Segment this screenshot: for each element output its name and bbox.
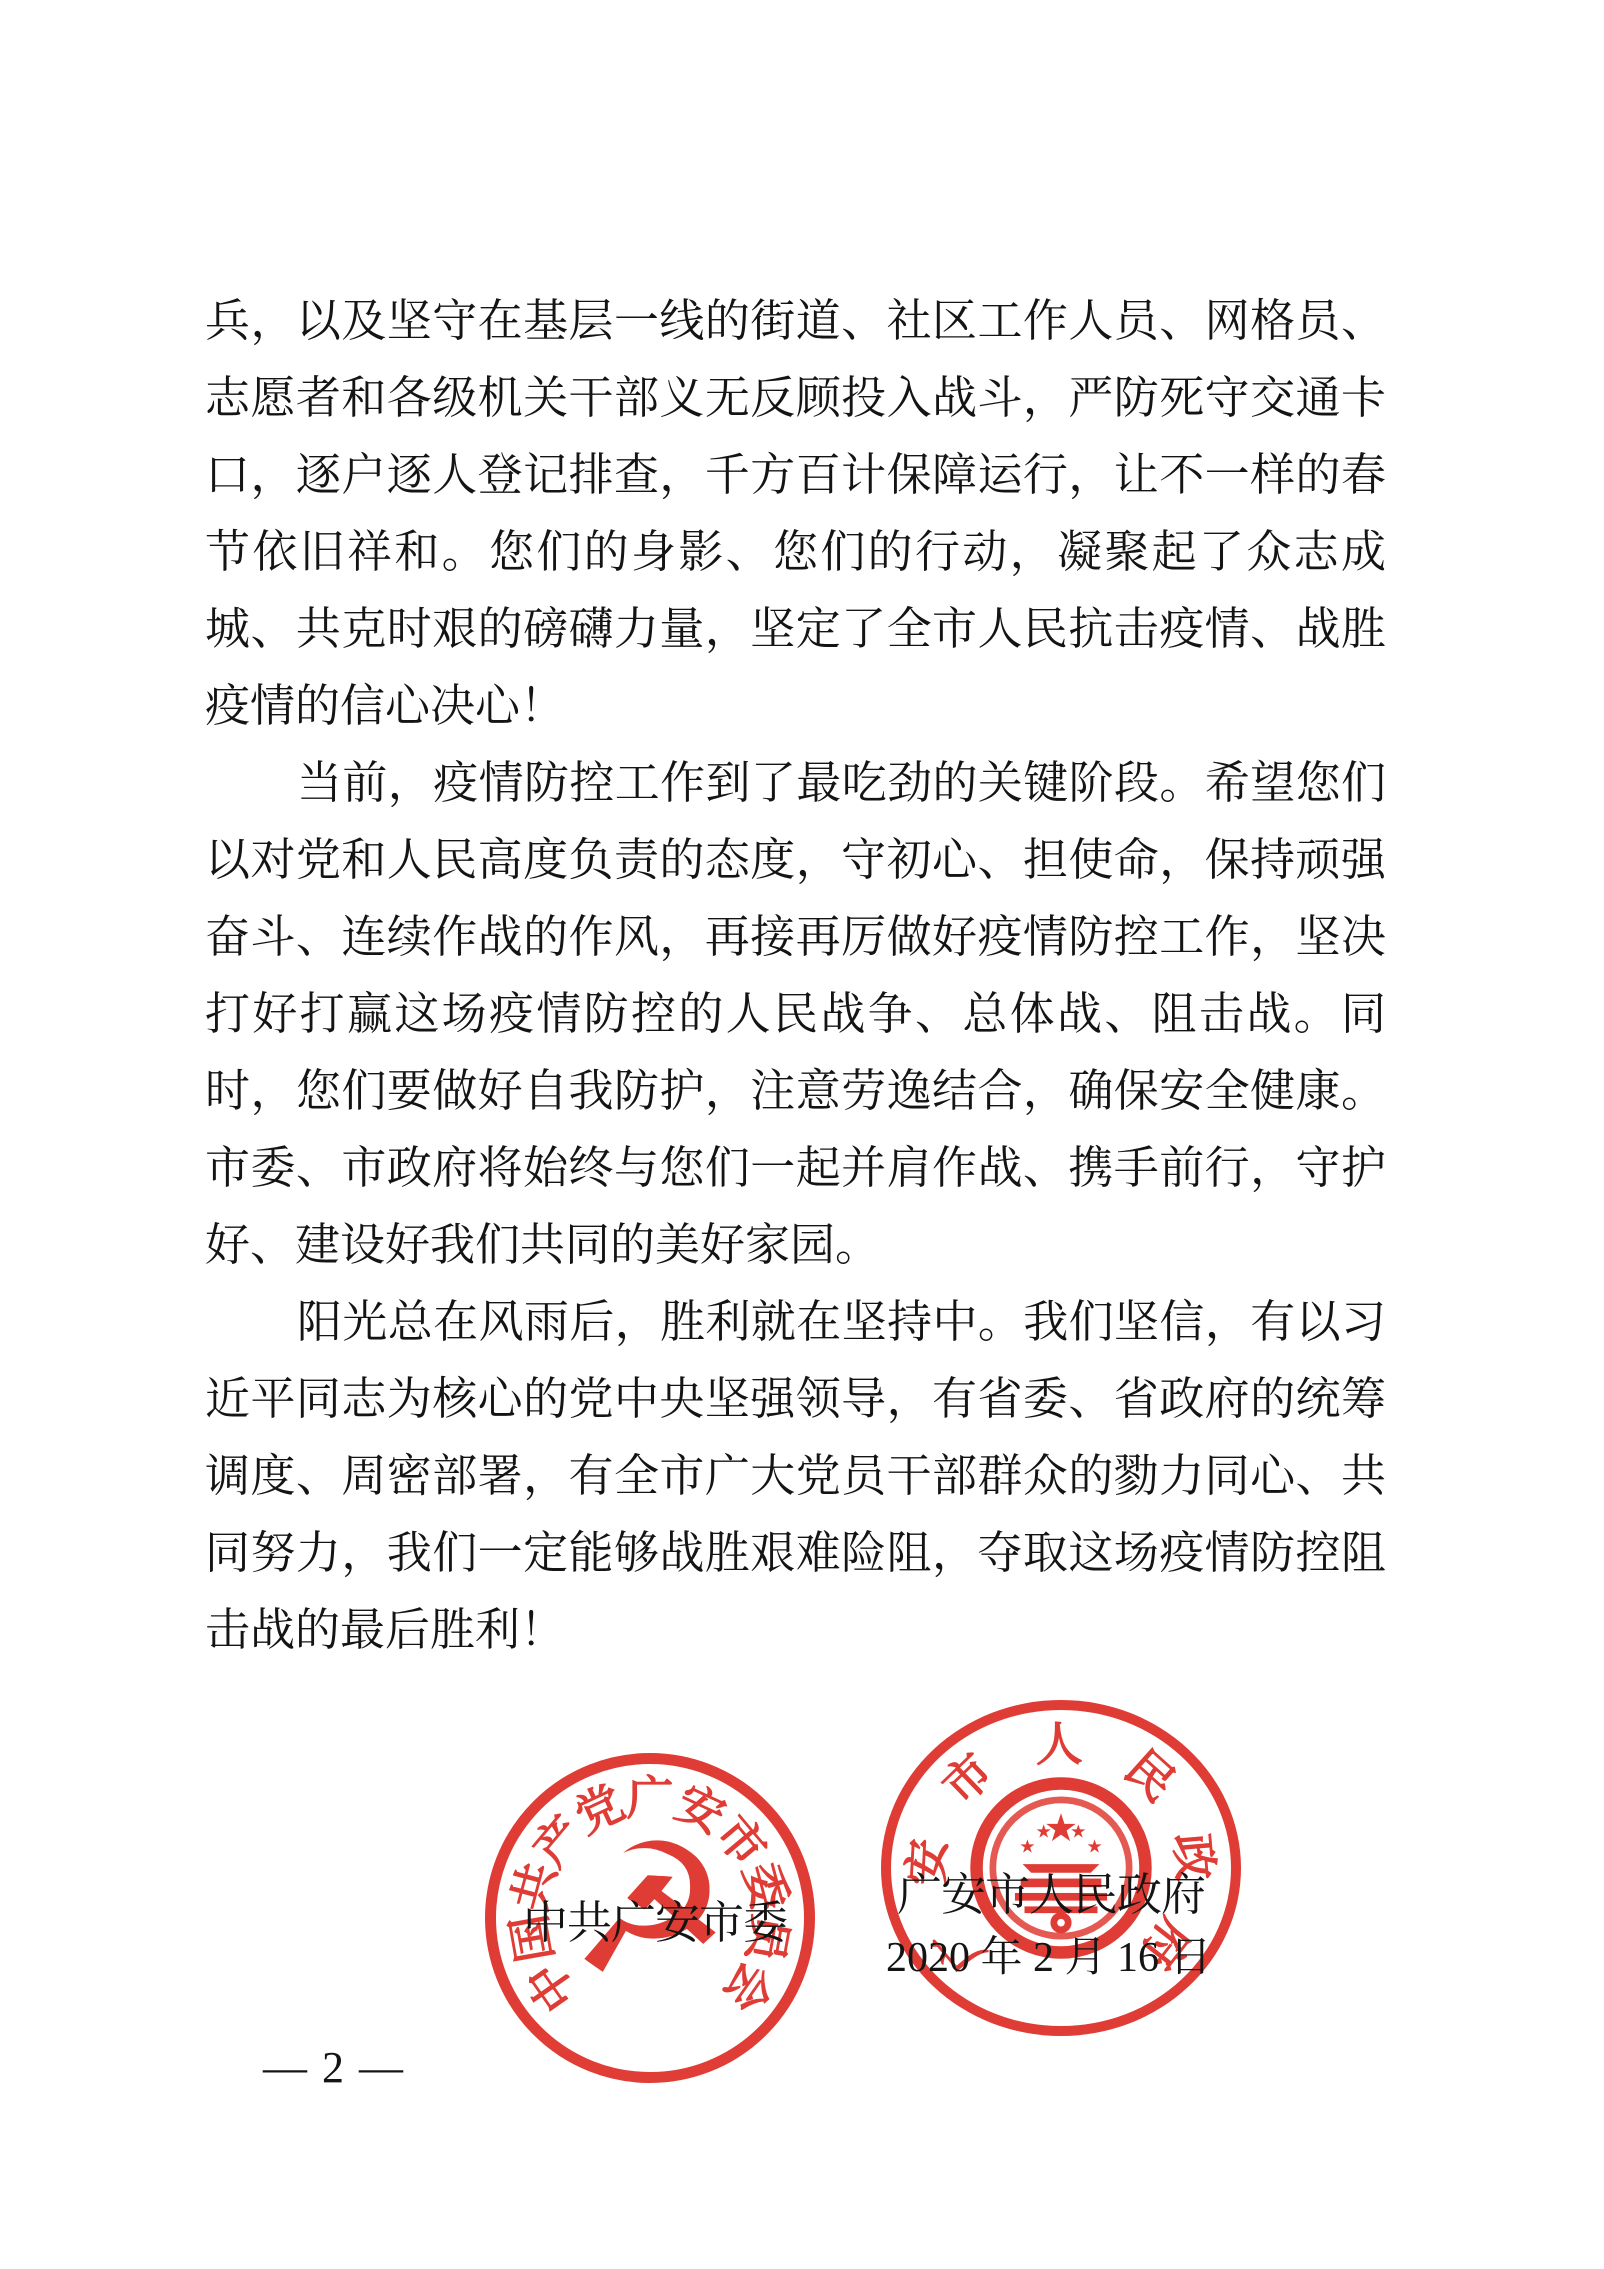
svg-text:★: ★	[1086, 1837, 1102, 1858]
svg-text:★: ★	[1036, 1821, 1052, 1842]
text-line: 时，您们要做好自我防护，注意劳逸结合，确保安全健康。	[205, 1053, 1386, 1130]
text-line: 调度、周密部署，有全市广大党员干部群众的勠力同心、共	[205, 1438, 1386, 1515]
text-line: 打好打赢这场疫情防控的人民战争、总体战、阻击战。同	[205, 976, 1386, 1053]
page-number: — 2 —	[263, 2042, 405, 2093]
document-page: 兵，以及坚守在基层一线的街道、社区工作人员、网格员、 志愿者和各级机关干部义无反…	[0, 0, 1604, 2269]
text-line: 口，逐户逐人登记排查，千方百计保障运行，让不一样的春	[205, 437, 1386, 514]
text-line: 志愿者和各级机关干部义无反顾投入战斗，严防死守交通卡	[205, 360, 1386, 437]
svg-text:★: ★	[1070, 1821, 1086, 1842]
text-line: 阳光总在风雨后，胜利就在坚持中。我们坚信，有以习	[205, 1284, 1386, 1361]
letter-body: 兵，以及坚守在基层一线的街道、社区工作人员、网格员、 志愿者和各级机关干部义无反…	[205, 283, 1386, 1669]
text-line: 近平同志为核心的党中央坚强领导，有省委、省政府的统筹	[205, 1361, 1386, 1438]
text-line: 当前，疫情防控工作到了最吃劲的关键阶段。希望您们	[205, 745, 1386, 822]
text-line: 好、建设好我们共同的美好家园。	[205, 1207, 1386, 1284]
seal-ring-char: 人	[1035, 1722, 1083, 1770]
signature-date: 2020 年 2 月 16 日	[886, 1924, 1212, 1984]
signature-party-committee: 中共广安市委	[523, 1886, 787, 1951]
text-line: 同努力，我们一定能够战胜艰难险阻，夺取这场疫情防控阻	[205, 1515, 1386, 1592]
svg-text:★: ★	[1019, 1837, 1035, 1858]
text-line: 以对党和人民高度负责的态度，守初心、担使命，保持顽强	[205, 822, 1386, 899]
text-line: 市委、市政府将始终与您们一起并肩作战、携手前行，守护	[205, 1130, 1386, 1207]
text-line: 奋斗、连续作战的作风，再接再厉做好疫情防控工作，坚决	[205, 899, 1386, 976]
text-line: 节依旧祥和。您们的身影、您们的行动，凝聚起了众志成	[205, 514, 1386, 591]
text-line: 疫情的信心决心！	[205, 668, 1386, 745]
text-line: 击战的最后胜利！	[205, 1592, 1386, 1669]
text-line: 兵，以及坚守在基层一线的街道、社区工作人员、网格员、	[205, 283, 1386, 360]
signature-government: 广安市人民政府	[897, 1858, 1205, 1923]
text-line: 城、共克时艰的磅礴力量，坚定了全市人民抗击疫情、战胜	[205, 591, 1386, 668]
